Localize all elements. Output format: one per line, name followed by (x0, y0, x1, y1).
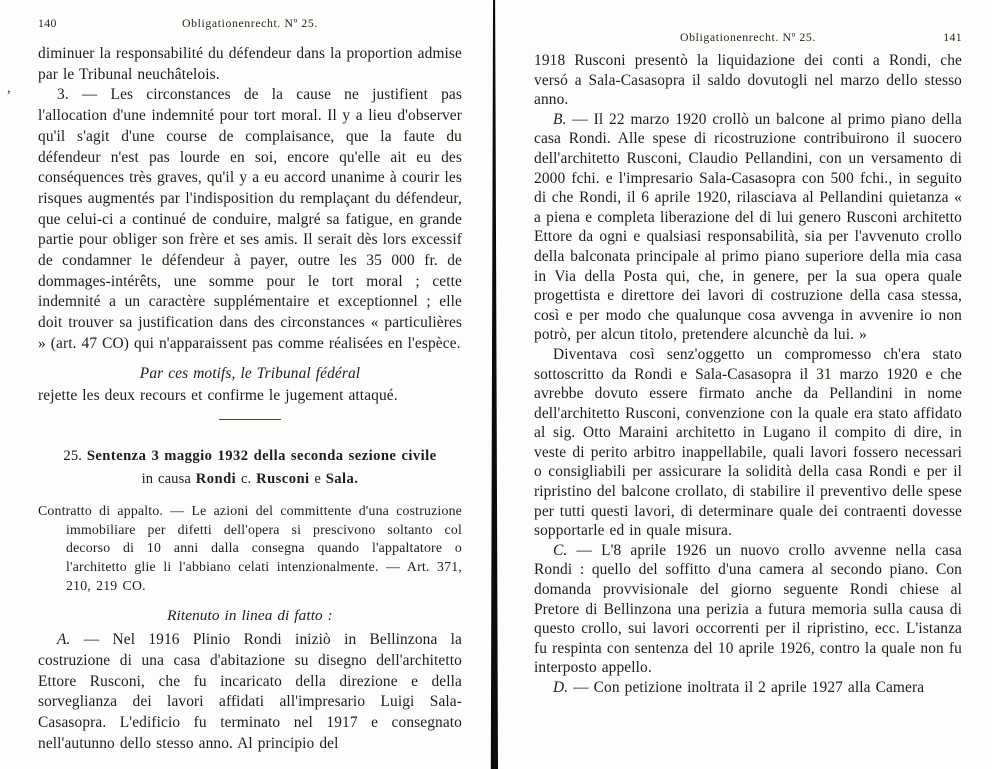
left-running-title: Obligationenrecht. Nº 25. (86, 16, 414, 31)
book-gutter-line (490, 0, 498, 769)
party-rondi: Rondi (196, 471, 236, 487)
paragraph-B: B. — Il 22 marzo 1920 crollò un balcone … (534, 110, 962, 345)
left-page: 140 Obligationenrecht. Nº 25. diminuer l… (38, 16, 462, 754)
left-page-number: 140 (38, 16, 86, 31)
motifs-line: Par ces motifs, le Tribunal fédéral (38, 364, 462, 385)
paragraph-C: C. — L'8 aprile 1926 un nuovo crollo avv… (534, 541, 962, 678)
paragraph-B-text: — Il 22 marzo 1920 crollò un balcone al … (534, 111, 962, 344)
judgment-heading-line1: 25. Sentenza 3 maggio 1932 della seconda… (38, 445, 462, 468)
section-divider (219, 419, 281, 420)
right-page-number: 141 (914, 30, 962, 45)
judgment-title: Sentenza 3 maggio 1932 della seconda sez… (87, 448, 437, 464)
versus-abbrev: c. (241, 471, 251, 487)
paragraph-continuation-right: 1918 Rusconi presentò la liquidazione de… (534, 51, 962, 110)
right-running-title: Obligationenrecht. Nº 25. (582, 30, 914, 45)
dispositif-line: rejette les deux recours et confirme le … (38, 386, 462, 407)
judgment-subtitle-prefix: in causa (142, 471, 191, 487)
right-page-body: 1918 Rusconi presentò la liquidazione de… (534, 51, 962, 698)
scan-artifact-mark: , (7, 80, 11, 97)
judgment-number: 25. (63, 448, 82, 464)
party-sala: Sala. (326, 471, 359, 487)
party-rusconi: Rusconi (256, 471, 309, 487)
judgment-heading: 25. Sentenza 3 maggio 1932 della seconda… (38, 445, 462, 491)
paragraph-point-3: 3. — Les circonstances de la cause ne ju… (38, 85, 462, 354)
paragraph-B-lead: B. (553, 111, 567, 128)
facts-heading: Ritenuto in linea di fatto : (38, 606, 462, 627)
paragraph-A: A. — Nel 1916 Plinio Rondi iniziò in Bel… (38, 630, 462, 754)
paragraph-D-text: — Con petizione inoltrata il 2 aprile 19… (573, 679, 924, 696)
paragraph-continuation-left: diminuer la responsabilité du défendeur … (38, 44, 462, 85)
paragraph-compromesso: Diventava così senz'oggetto un compromes… (534, 345, 962, 541)
left-page-body: diminuer la responsabilité du défendeur … (38, 44, 462, 754)
paragraph-A-lead: A. (57, 631, 71, 648)
paragraph-C-text: — L'8 aprile 1926 un nuovo crollo avvenn… (534, 542, 962, 677)
right-page-header: Obligationenrecht. Nº 25. 141 (534, 30, 962, 45)
paragraph-D-lead: D. (553, 679, 568, 696)
paragraph-A-text: — Nel 1916 Plinio Rondi iniziò in Bellin… (38, 631, 462, 752)
conjunction: e (314, 471, 321, 487)
left-page-header: 140 Obligationenrecht. Nº 25. (38, 16, 462, 31)
headnote: Contratto di appalto. — Le azioni del co… (38, 502, 462, 596)
paragraph-C-lead: C. (553, 542, 567, 559)
right-page: Obligationenrecht. Nº 25. 141 1918 Rusco… (534, 30, 962, 698)
paragraph-D: D. — Con petizione inoltrata il 2 aprile… (534, 678, 962, 698)
judgment-heading-line2: in causa Rondi c. Rusconi e Sala. (38, 468, 462, 491)
